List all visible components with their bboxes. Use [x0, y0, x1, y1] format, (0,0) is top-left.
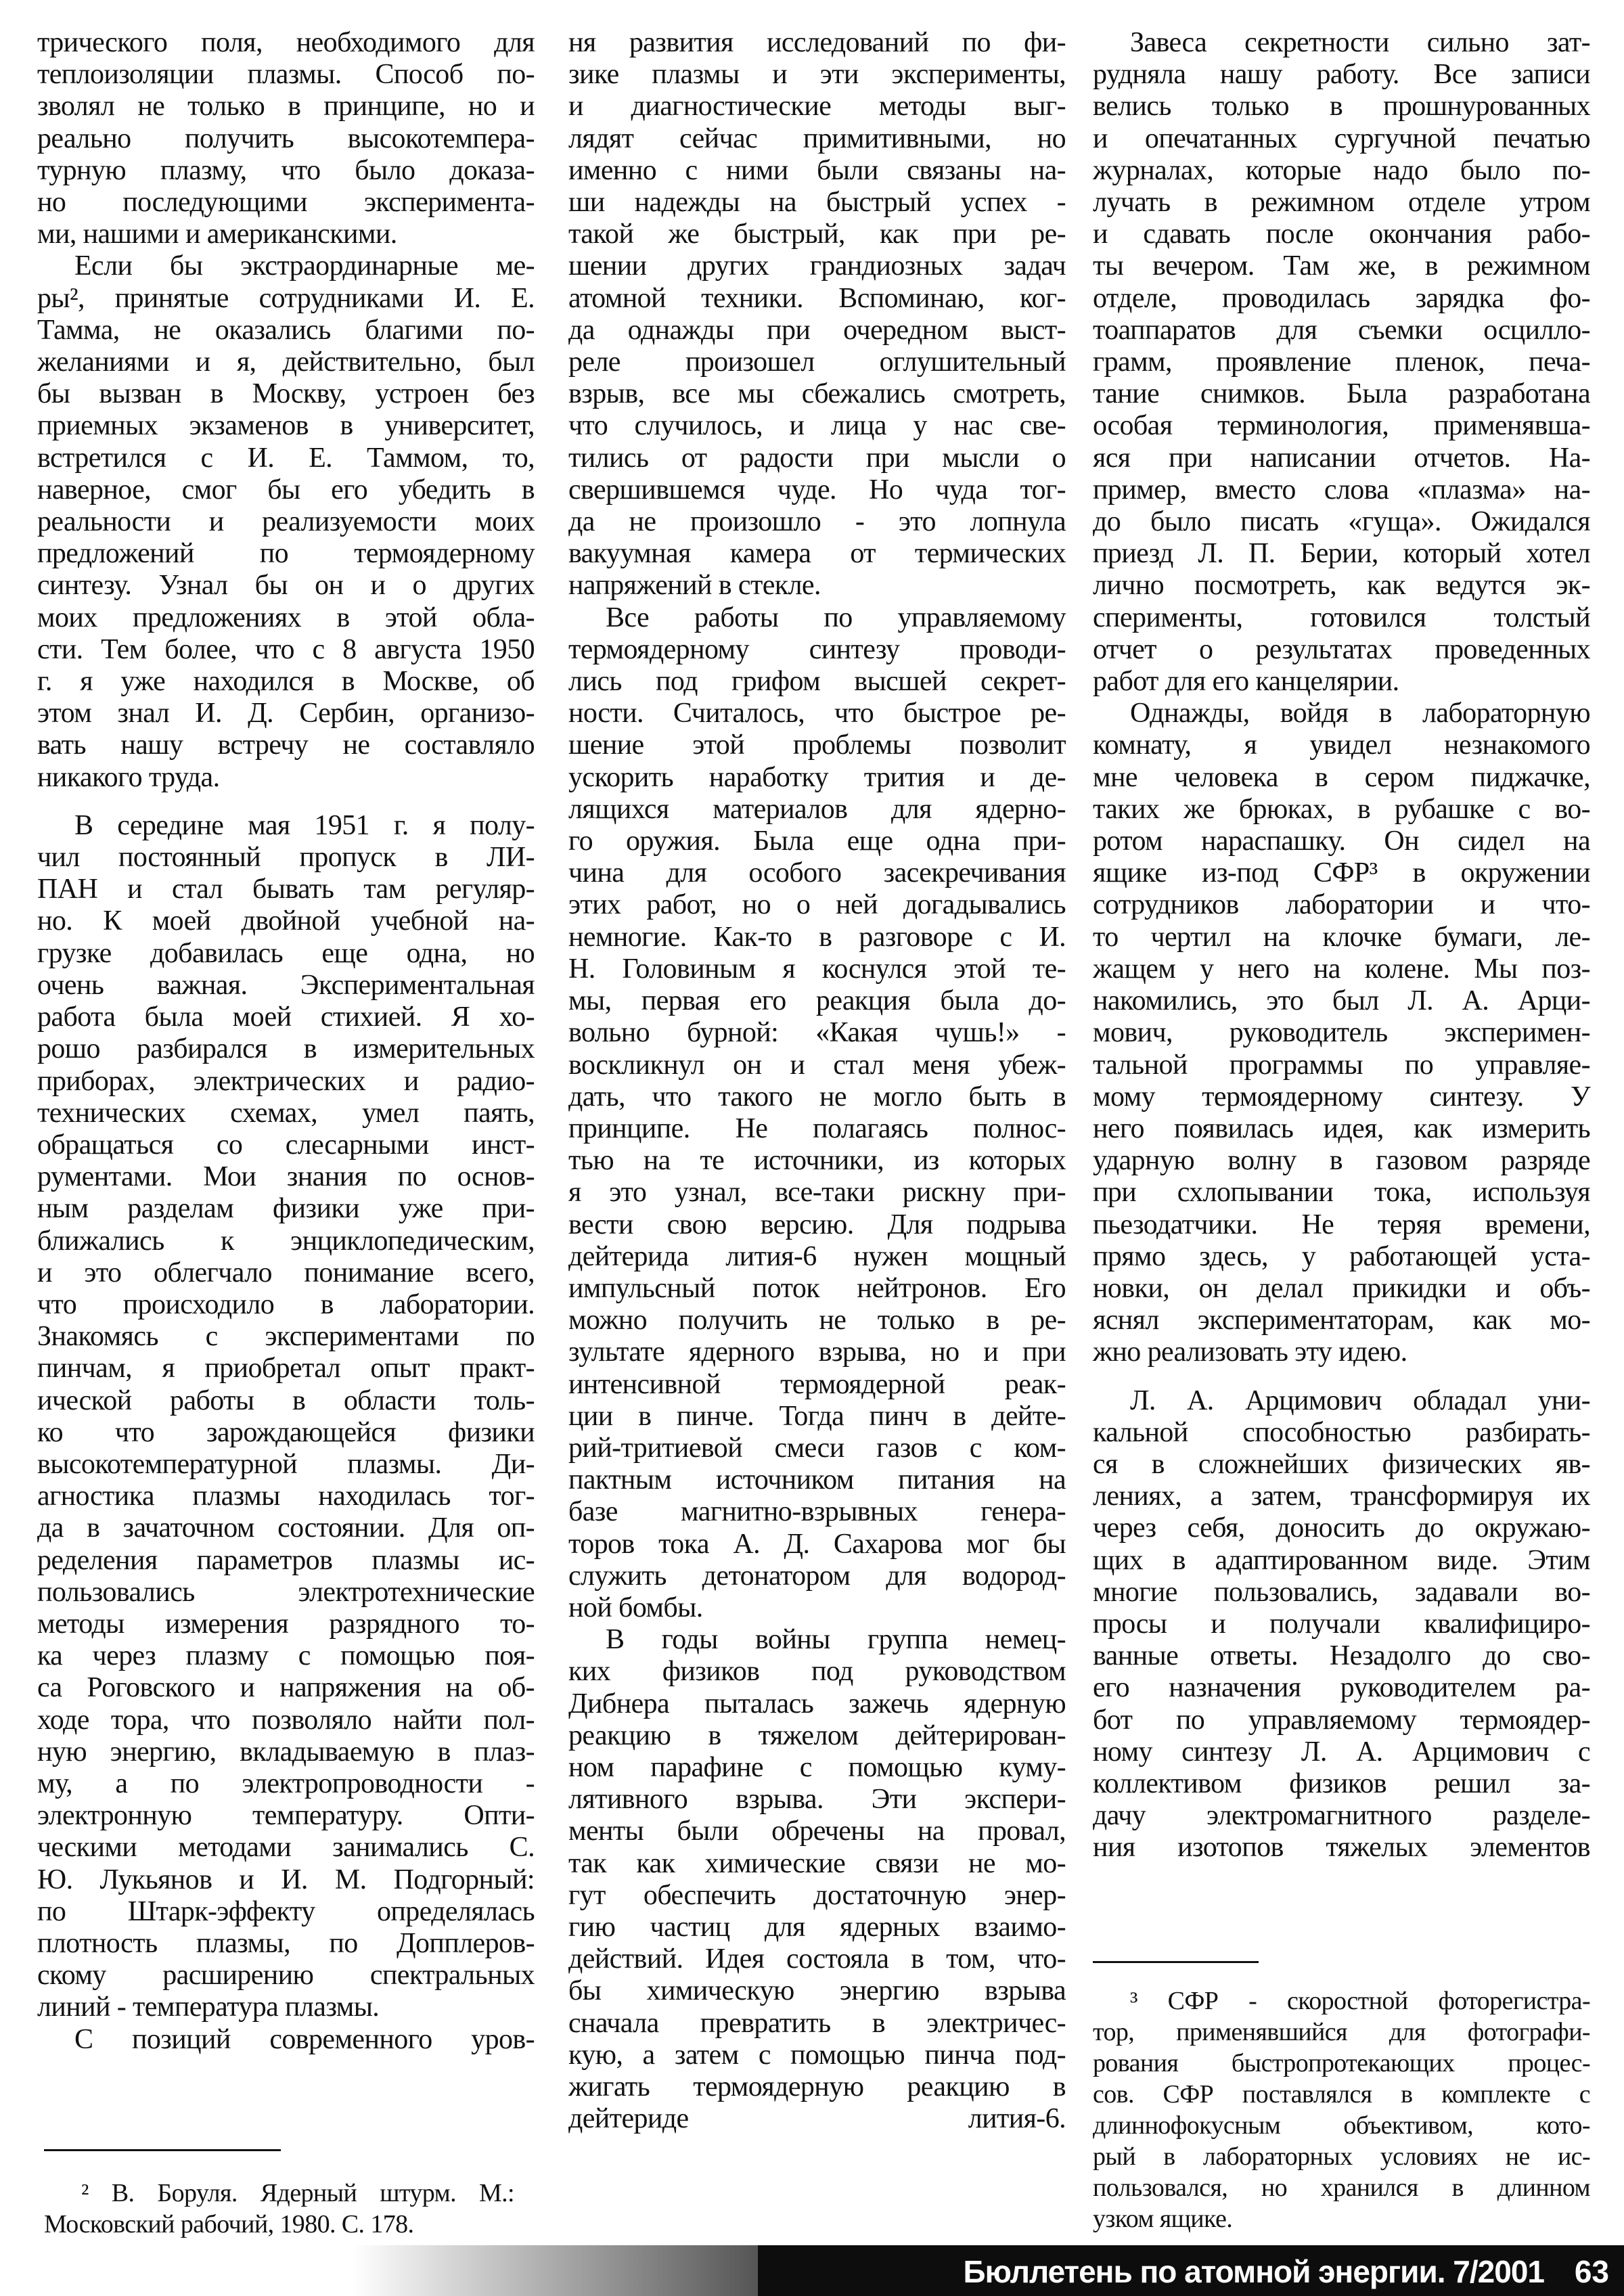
text-line: ударную волну в газовом разряде [1093, 1145, 1590, 1177]
text-line: накомились, это был Л. А. Арци- [1093, 985, 1590, 1017]
text-line: Н. Головиным я коснулся этой те- [568, 953, 1066, 985]
text-line: моих предложениях в этой обла- [37, 602, 535, 634]
text-line: шении других грандиозных задач [568, 250, 1066, 282]
text-line: этих работ, но о ней догадывались [568, 889, 1066, 921]
text-line: мы, первая его реакция была до- [568, 985, 1066, 1017]
text-line: сначала превратить в электричес- [568, 2008, 1066, 2040]
text-line: Знакомясь с экспериментами по [37, 1321, 535, 1353]
text-line: Дибнера пыталась зажечь ядерную [568, 1688, 1066, 1720]
text-line: так как химические связи не мо- [568, 1848, 1066, 1880]
text-line: менты были обречены на провал, [568, 1816, 1066, 1847]
text-line: этом знал И. Д. Сербин, организо- [37, 698, 535, 729]
text-line: и это облегчало понимание всего, [37, 1257, 535, 1289]
text-line: журналах, которые надо было по- [1093, 155, 1590, 187]
text-line: тальной программы по управляе- [1093, 1050, 1590, 1081]
text-line: ции в пинче. Тогда пинч в дейте- [568, 1401, 1066, 1433]
text-line: ящике из-под СФР³ в окружении [1093, 857, 1590, 889]
text-line: жигать термоядерную реакцию в [568, 2071, 1066, 2103]
text-line: рошо разбирался в измерительных [37, 1033, 535, 1065]
text-line: бы химическую энергию взрыва [568, 1975, 1066, 2007]
text-line: напряжений в стекле. [568, 570, 1066, 602]
text-line: именно с ними были связаны на- [568, 155, 1066, 187]
scan-grain [352, 2245, 758, 2296]
text-line: ся в сложнейших физических яв- [1093, 1449, 1590, 1481]
text-line: лятивного взрыва. Эти экспери- [568, 1784, 1066, 1816]
text-line: пинчам, я приобретал опыт практ- [37, 1353, 535, 1385]
text-line: реальности и реализуемости моих [37, 506, 535, 538]
text-line: высокотемпературной плазмы. Ди- [37, 1449, 535, 1481]
text-line: рый в лабораторных условиях не ис- [1093, 2141, 1590, 2172]
text-line: г. я уже находился в Москве, об [37, 666, 535, 698]
text-line: ческими методами занимались С. [37, 1832, 535, 1864]
text-line: ному синтезу Л. А. Арцимович с [1093, 1736, 1590, 1768]
text-line: его назначения руководителем ра- [1093, 1672, 1590, 1704]
text-line: что случилось, и лица у нас све- [568, 410, 1066, 442]
text-line: что происходило в лаборатории. [37, 1289, 535, 1321]
text-line: С позиций современного уров- [37, 2024, 535, 2056]
text-line: ты вечером. Там же, в режимном [1093, 250, 1590, 282]
text-line: кую, а затем с помощью пинча под- [568, 2040, 1066, 2071]
column-3: Завеса секретности сильно зат-рудняла на… [1093, 27, 1590, 1864]
page-footer: Бюллетень по атомной энергии. 7/2001 63 [0, 2245, 1624, 2296]
text-line: грамм, проявление пленок, печа- [1093, 346, 1590, 378]
text-line: прямо здесь, у работающей уста- [1093, 1241, 1590, 1273]
text-line: я это узнал, все-таки рискну при- [568, 1177, 1066, 1209]
text-line: Московский рабочий, 1980. С. 178. [44, 2209, 514, 2240]
text-line: рования быстропротекающих процес- [1093, 2048, 1590, 2079]
text-line: ³ СФР - скоростной фоторегистра- [1093, 1985, 1590, 2017]
text-line: ка через плазму с помощью поя- [37, 1640, 535, 1672]
text-line: интенсивной термоядерной реак- [568, 1369, 1066, 1401]
text-line: В середине мая 1951 г. я полу- [37, 810, 535, 842]
text-line: ной бомбы. [568, 1592, 1066, 1624]
text-line: наверное, смог бы его убедить в [37, 474, 535, 506]
text-line: очень важная. Экспериментальная [37, 970, 535, 1001]
paragraph-gap [1093, 1369, 1590, 1385]
text-line: турную плазму, что было доказа- [37, 155, 535, 187]
text-line: тор, применявшийся для фотографи- [1093, 2017, 1590, 2048]
text-line: технических схемах, умел паять, [37, 1098, 535, 1129]
text-line: шение этой проблемы позволит [568, 729, 1066, 761]
text-line: лящихся материалов для ядерно- [568, 794, 1066, 826]
text-line: атомной техники. Вспоминаю, ког- [568, 283, 1066, 315]
text-line: коллективом физиков решил за- [1093, 1768, 1590, 1800]
text-line: мне человека в сером пиджачке, [1093, 762, 1590, 794]
footnote-2: ² В. Боруля. Ядерный штурм. М.:Московски… [44, 2178, 514, 2240]
page-number: 63 [1575, 2253, 1609, 2290]
text-line: Ю. Лукьянов и И. М. Подгорный: [37, 1864, 535, 1896]
text-line: электронную температуру. Опти- [37, 1800, 535, 1832]
text-line: ко что зарождающейся физики [37, 1417, 535, 1449]
text-line: лично посмотреть, как ведутся эк- [1093, 570, 1590, 602]
text-line: жно реализовать эту идею. [1093, 1336, 1590, 1368]
text-line: отделе, проводилась зарядка фо- [1093, 283, 1590, 315]
text-line: ближались к энциклопедическим, [37, 1225, 535, 1257]
text-line: кальной способностью разбирать- [1093, 1417, 1590, 1449]
text-line: приемных экзаменов в университет, [37, 410, 535, 442]
text-line: отчет о результатах проведенных [1093, 634, 1590, 666]
text-line: лениях, а затем, трансформируя их [1093, 1481, 1590, 1512]
text-line: действий. Идея состояла в том, что- [568, 1943, 1066, 1975]
text-line: тью на те источники, из которых [568, 1145, 1066, 1177]
text-line: термоядерному синтезу проводи- [568, 634, 1066, 666]
text-line: зультате ядерного взрыва, но и при [568, 1336, 1066, 1368]
text-line: Завеса секретности сильно зат- [1093, 27, 1590, 59]
text-line: вакуумная камера от термических [568, 538, 1066, 570]
text-line: синтезу. Узнал бы он и о других [37, 570, 535, 602]
text-line: агностика плазмы находилась тог- [37, 1481, 535, 1512]
text-line: мому термоядерному синтезу. У [1093, 1081, 1590, 1113]
text-line: по Штарк-эффекту определялась [37, 1896, 535, 1928]
text-line: свершившемся чуде. Но чуда тог- [568, 474, 1066, 506]
text-line: такой же быстрый, как при ре- [568, 219, 1066, 250]
footnote-3: ³ СФР - скоростной фоторегистра-тор, при… [1093, 1985, 1590, 2234]
text-line: зволял не только в принципе, но и [37, 91, 535, 122]
text-line: скому расширению спектральных [37, 1960, 535, 1991]
text-line: и диагностические методы выг- [568, 91, 1066, 122]
text-line: грузке добавилась еще одна, но [37, 938, 535, 970]
text-line: тились от радости при мысли о [568, 443, 1066, 474]
text-line: зике плазмы и эти эксперименты, [568, 59, 1066, 91]
text-line: таких же брюках, в рубашке с во- [1093, 794, 1590, 826]
text-line: бот по управляемому термоядер- [1093, 1705, 1590, 1736]
text-line: пьезодатчики. Не теряя времени, [1093, 1209, 1590, 1241]
text-line: реально получить высокотемпера- [37, 123, 535, 155]
text-line: никакого труда. [37, 762, 535, 794]
text-line: желаниями и я, действительно, был [37, 346, 535, 378]
text-line: гут обеспечить достаточную энер- [568, 1880, 1066, 1912]
text-line: ния изотопов тяжелых элементов [1093, 1832, 1590, 1864]
text-line: да не произошло - это лопнула [568, 506, 1066, 538]
text-line: ротом нараспашку. Он сидел на [1093, 826, 1590, 857]
text-line: ределения параметров плазмы ис- [37, 1545, 535, 1577]
text-line: реле произошел оглушительный [568, 346, 1066, 378]
text-line: предложений по термоядерному [37, 538, 535, 570]
text-line: просы и получали квалифициро- [1093, 1608, 1590, 1640]
text-line: са Роговского и напряжения на об- [37, 1672, 535, 1704]
text-line: чил постоянный пропуск в ЛИ- [37, 842, 535, 874]
text-line: дейтерида лития-6 нужен мощный [568, 1241, 1066, 1273]
text-line: пример, вместо слова «плазма» на- [1093, 474, 1590, 506]
text-line: лядят сейчас примитивными, но [568, 123, 1066, 155]
text-line: длиннофокусным объективом, кото- [1093, 2110, 1590, 2141]
text-line: новки, он делал прикидки и объ- [1093, 1273, 1590, 1305]
text-line: бы вызван в Москву, устроен без [37, 378, 535, 410]
text-line: многие пользовались, задавали во- [1093, 1577, 1590, 1608]
text-line: ² В. Боруля. Ядерный штурм. М.: [44, 2178, 514, 2209]
text-line: приборах, электрических и радио- [37, 1066, 535, 1098]
text-line: ную энергию, вкладываемую в плаз- [37, 1736, 535, 1768]
text-line: велись только в прошнурованных [1093, 91, 1590, 122]
text-line: пользовался, но хранился в длинном [1093, 2172, 1590, 2203]
text-line: Если бы экстраординарные ме- [37, 250, 535, 282]
text-line: ня развития исследований по фи- [568, 27, 1066, 59]
text-line: дачу электромагнитного разделе- [1093, 1800, 1590, 1832]
text-line: вести свою версию. Для подрыва [568, 1209, 1066, 1241]
text-line: Л. А. Арцимович обладал уни- [1093, 1385, 1590, 1417]
text-line: воскликнул он и стал меня убеж- [568, 1050, 1066, 1081]
text-line: дать, что такого не могло быть в [568, 1081, 1066, 1113]
footnote-rule-1 [44, 2149, 281, 2151]
text-line: обращаться со слесарными инст- [37, 1129, 535, 1161]
text-line: но. К моей двойной учебной на- [37, 905, 535, 937]
journal-title: Бюллетень по атомной энергии. 7/2001 [964, 2253, 1544, 2290]
footnote-rule-3 [1093, 1961, 1259, 1963]
text-line: реакцию в тяжелом дейтерирован- [568, 1720, 1066, 1752]
text-line: сов. СФР поставлялся в комплекте с [1093, 2079, 1590, 2110]
text-line: работа была моей стихией. Я хо- [37, 1001, 535, 1033]
text-line: му, а по электропроводности - [37, 1768, 535, 1800]
text-line: чина для особого засекречивания [568, 857, 1066, 889]
text-line: да однажды при очередном выст- [568, 315, 1066, 346]
text-line: и сдавать после окончания рабо- [1093, 219, 1590, 250]
text-line: тоаппаратов для съемки осцилло- [1093, 315, 1590, 346]
text-line: Все работы по управляемому [568, 602, 1066, 634]
text-line: рудняла нашу работу. Все записи [1093, 59, 1590, 91]
text-line: импульсный поток нейтронов. Его [568, 1273, 1066, 1305]
text-line: но последующими эксперимента- [37, 187, 535, 219]
text-line: то чертил на клочке бумаги, ле- [1093, 922, 1590, 953]
text-line: пользовались электротехнические [37, 1577, 535, 1608]
text-line: линий - температура плазмы. [37, 1991, 535, 2023]
text-line: сперименты, готовился толстый [1093, 602, 1590, 634]
text-line: ходе тора, что позволяло найти пол- [37, 1705, 535, 1736]
text-line: и опечатанных сургучной печатью [1093, 123, 1590, 155]
text-line: него появилась идея, как измерить [1093, 1113, 1590, 1145]
text-line: принципе. Не полагаясь полнос- [568, 1113, 1066, 1145]
text-line: особая терминология, применявша- [1093, 410, 1590, 442]
text-line: базе магнитно-взрывных генера- [568, 1496, 1066, 1528]
text-line: рий-тритиевой смеси газов с ком- [568, 1433, 1066, 1464]
text-line: встретился с И. Е. Таммом, то, [37, 443, 535, 474]
text-line: взрыв, все мы сбежались смотреть, [568, 378, 1066, 410]
text-line: ванные ответы. Незадолго до сво- [1093, 1640, 1590, 1672]
text-line: ми, нашими и американскими. [37, 219, 535, 250]
text-line: трического поля, необходимого для [37, 27, 535, 59]
text-line: щих в адаптированном виде. Этим [1093, 1545, 1590, 1577]
text-line: В годы войны группа немец- [568, 1624, 1066, 1656]
text-line: ПАН и стал бывать там регуляр- [37, 874, 535, 905]
text-line: го оружия. Была еще одна при- [568, 826, 1066, 857]
text-line: узком ящике. [1093, 2203, 1590, 2234]
text-line: сотрудников лаборатории и что- [1093, 889, 1590, 921]
text-line: немногие. Как-то в разговоре с И. [568, 922, 1066, 953]
text-line: торов тока А. Д. Сахарова мог бы [568, 1529, 1066, 1560]
text-line: ным разделам физики уже при- [37, 1193, 535, 1225]
text-line: при схлопывании тока, используя [1093, 1177, 1590, 1209]
text-line: ры², принятые сотрудниками И. Е. [37, 283, 535, 315]
text-line: жащем у него на колене. Мы поз- [1093, 953, 1590, 985]
text-line: ности. Считалось, что быстрое ре- [568, 698, 1066, 729]
text-line: сти. Тем более, что с 8 августа 1950 [37, 634, 535, 666]
text-line: ускорить наработку трития и де- [568, 762, 1066, 794]
text-line: служить детонатором для водород- [568, 1560, 1066, 1592]
text-line: теплоизоляции плазмы. Способ по- [37, 59, 535, 91]
text-line: методы измерения разрядного то- [37, 1608, 535, 1640]
text-line: вать нашу встречу не составляло [37, 729, 535, 761]
text-line: лучать в режимном отделе утром [1093, 187, 1590, 219]
text-line: лись под грифом высшей секрет- [568, 666, 1066, 698]
text-line: рументами. Мои знания по основ- [37, 1161, 535, 1193]
text-line: яся при написании отчетов. На- [1093, 443, 1590, 474]
text-line: тание снимков. Была разработана [1093, 378, 1590, 410]
text-line: мович, руководитель эксперимен- [1093, 1017, 1590, 1049]
column-2: ня развития исследований по фи-зике плаз… [568, 27, 1066, 2135]
text-line: комнату, я увидел незнакомого [1093, 729, 1590, 761]
text-line: дейтериде лития-6. [568, 2103, 1066, 2135]
text-line: ном парафине с помощью куму- [568, 1752, 1066, 1784]
text-line: гию частиц для ядерных взаимо- [568, 1912, 1066, 1943]
text-line: приезд Л. П. Берии, который хотел [1093, 538, 1590, 570]
text-line: ши надежды на быстрый успех - [568, 187, 1066, 219]
text-line: яснял экспериментаторам, как мо- [1093, 1305, 1590, 1336]
paragraph-gap [37, 794, 535, 810]
text-line: пактным источником питания на [568, 1464, 1066, 1496]
text-line: до было писать «гуща». Ожидался [1093, 506, 1590, 538]
text-line: Однажды, войдя в лабораторную [1093, 698, 1590, 729]
text-line: ической работы в области толь- [37, 1385, 535, 1417]
column-1: трического поля, необходимого длятеплоиз… [37, 27, 535, 2056]
text-line: через себя, доносить до окружаю- [1093, 1512, 1590, 1544]
text-line: вольно бурной: «Какая чушь!» - [568, 1017, 1066, 1049]
text-line: ких физиков под руководством [568, 1656, 1066, 1688]
text-line: можно получить не только в ре- [568, 1305, 1066, 1336]
text-line: работ для его канцелярии. [1093, 666, 1590, 698]
text-line: Тамма, не оказались благими по- [37, 315, 535, 346]
text-line: да в зачаточном состоянии. Для оп- [37, 1512, 535, 1544]
text-line: плотность плазмы, по Допплеров- [37, 1928, 535, 1960]
